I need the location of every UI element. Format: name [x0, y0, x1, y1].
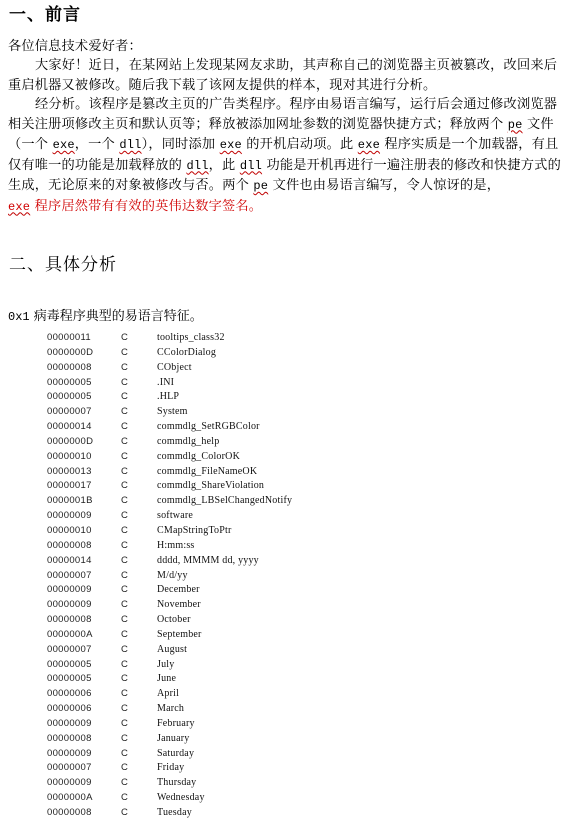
string-offset: 00000009	[47, 598, 121, 613]
string-offset: 00000008	[47, 613, 121, 628]
paragraph-intro-text: 大家好！近日，在某网站上发现某网友求助，其声称自己的浏览器主页被篡改，改回来后重…	[8, 58, 557, 93]
string-value: commdlg_ColorOK	[157, 450, 240, 465]
string-offset: 00000009	[47, 717, 121, 732]
string-type: C	[121, 643, 157, 658]
string-offset: 00000010	[47, 524, 121, 539]
string-type: C	[121, 628, 157, 643]
spellcheck-term-exe: exe	[220, 138, 242, 152]
string-value: dddd, MMMM dd, yyyy	[157, 554, 259, 569]
text-run: 的开机启动项。此	[242, 137, 358, 152]
subheading-0x1: 0x1 病毒程序典型的易语言特征。	[8, 308, 203, 326]
table-row: 00000007CM/d/yy	[47, 569, 292, 584]
string-type: C	[121, 524, 157, 539]
string-value: Wednesday	[157, 791, 205, 806]
string-value: July	[157, 658, 174, 673]
table-row: 00000005CJune	[47, 672, 292, 687]
string-type: C	[121, 687, 157, 702]
string-value: April	[157, 687, 179, 702]
string-type: C	[121, 554, 157, 569]
table-row: 00000009CSaturday	[47, 747, 292, 762]
string-offset: 00000005	[47, 658, 121, 673]
string-offset: 00000010	[47, 450, 121, 465]
string-offset: 00000008	[47, 361, 121, 376]
table-row: 00000017Ccommdlg_ShareViolation	[47, 479, 292, 494]
string-value: software	[157, 509, 193, 524]
string-type: C	[121, 583, 157, 598]
spellcheck-term-dll: dll	[186, 159, 208, 173]
string-offset: 00000005	[47, 672, 121, 687]
paragraph-intro: 大家好！近日，在某网站上发现某网友求助，其声称自己的浏览器主页被篡改，改回来后重…	[8, 56, 566, 95]
string-type: C	[121, 539, 157, 554]
string-type: C	[121, 450, 157, 465]
string-offset: 0000001B	[47, 494, 121, 509]
table-row: 00000007CFriday	[47, 761, 292, 776]
string-offset: 0000000A	[47, 628, 121, 643]
string-value: January	[157, 732, 190, 747]
string-value: December	[157, 583, 200, 598]
string-type: C	[121, 747, 157, 762]
text-run: ），同时添加	[142, 137, 220, 152]
string-value: .HLP	[157, 390, 179, 405]
string-type: C	[121, 791, 157, 806]
text-run: 文件也由易语言编写，令人惊讶的是，	[268, 178, 500, 193]
string-type: C	[121, 346, 157, 361]
string-type: C	[121, 435, 157, 450]
table-row: 00000008COctober	[47, 613, 292, 628]
string-offset: 00000017	[47, 479, 121, 494]
string-offset: 00000011	[47, 331, 121, 346]
table-row: 00000014Cdddd, MMMM dd, yyyy	[47, 554, 292, 569]
string-offset: 0000000A	[47, 791, 121, 806]
string-type: C	[121, 420, 157, 435]
table-row: 00000007CAugust	[47, 643, 292, 658]
highlight-term-exe: exe	[8, 200, 30, 214]
string-value: September	[157, 628, 202, 643]
spellcheck-term-pe: pe	[508, 118, 523, 132]
string-value: Friday	[157, 761, 184, 776]
subheading-text: 病毒程序典型的易语言特征。	[30, 309, 203, 324]
string-type: C	[121, 509, 157, 524]
table-row: 00000014Ccommdlg_SetRGBColor	[47, 420, 292, 435]
highlight-signature-note: 程序居然带有有效的英伟达数字签名。	[30, 199, 262, 214]
table-row: 00000009CFebruary	[47, 717, 292, 732]
table-row: 00000010Ccommdlg_ColorOK	[47, 450, 292, 465]
string-offset: 00000007	[47, 761, 121, 776]
string-value: Saturday	[157, 747, 194, 762]
string-type: C	[121, 569, 157, 584]
table-row: 0000001BCcommdlg_LBSelChangedNotify	[47, 494, 292, 509]
string-offset: 00000009	[47, 776, 121, 791]
table-row: 00000011Ctooltips_class32	[47, 331, 292, 346]
text-run: 经分析。该程序是篡改主页的广告类程序。程序由易语言编写，运行后会通过修改浏览器相…	[8, 97, 557, 132]
string-type: C	[121, 776, 157, 791]
string-value: System	[157, 405, 188, 420]
spellcheck-term-exe: exe	[53, 138, 75, 152]
table-row: 00000006CMarch	[47, 702, 292, 717]
string-type: C	[121, 331, 157, 346]
table-row: 00000006CApril	[47, 687, 292, 702]
section-heading-preface: 一、前言	[9, 4, 81, 26]
table-row: 00000009CThursday	[47, 776, 292, 791]
string-value: .INI	[157, 376, 174, 391]
string-value: CObject	[157, 361, 192, 376]
string-offset: 00000007	[47, 569, 121, 584]
paragraph-analysis: 经分析。该程序是篡改主页的广告类程序。程序由易语言编写，运行后会通过修改浏览器相…	[8, 95, 566, 217]
string-type: C	[121, 479, 157, 494]
text-run: ，此	[209, 158, 240, 173]
string-value: November	[157, 598, 201, 613]
string-value: commdlg_ShareViolation	[157, 479, 264, 494]
string-value: Thursday	[157, 776, 196, 791]
string-type: C	[121, 717, 157, 732]
string-offset: 00000005	[47, 376, 121, 391]
spellcheck-term-exe: exe	[358, 138, 380, 152]
text-run: ，一个	[75, 137, 120, 152]
string-offset: 0000000D	[47, 346, 121, 361]
table-row: 00000008CCObject	[47, 361, 292, 376]
string-offset: 00000006	[47, 702, 121, 717]
table-row: 00000005C.INI	[47, 376, 292, 391]
table-row: 00000005C.HLP	[47, 390, 292, 405]
string-offset: 0000000D	[47, 435, 121, 450]
string-type: C	[121, 465, 157, 480]
section-heading-analysis: 二、具体分析	[9, 254, 117, 276]
table-row: 00000009Csoftware	[47, 509, 292, 524]
table-row: 0000000DCCColorDialog	[47, 346, 292, 361]
table-row: 00000005CJuly	[47, 658, 292, 673]
table-row: 00000008CH:mm:ss	[47, 539, 292, 554]
table-row: 0000000ACSeptember	[47, 628, 292, 643]
string-offset: 00000009	[47, 509, 121, 524]
string-type: C	[121, 732, 157, 747]
string-type: C	[121, 494, 157, 509]
table-row: 00000007CSystem	[47, 405, 292, 420]
string-value: August	[157, 643, 187, 658]
table-row: 00000010CCMapStringToPtr	[47, 524, 292, 539]
string-value: CMapStringToPtr	[157, 524, 232, 539]
string-offset: 00000014	[47, 554, 121, 569]
string-offset: 00000014	[47, 420, 121, 435]
string-value: tooltips_class32	[157, 331, 225, 346]
string-type: C	[121, 702, 157, 717]
string-type: C	[121, 613, 157, 628]
string-offset: 00000007	[47, 405, 121, 420]
string-offset: 00000005	[47, 390, 121, 405]
string-value: February	[157, 717, 195, 732]
string-value: commdlg_LBSelChangedNotify	[157, 494, 292, 509]
greeting-line: 各位信息技术爱好者：	[8, 37, 566, 57]
strings-table: 00000011Ctooltips_class320000000DCCColor…	[47, 331, 292, 821]
string-type: C	[121, 361, 157, 376]
string-offset: 00000008	[47, 806, 121, 821]
string-type: C	[121, 806, 157, 821]
string-value: commdlg_SetRGBColor	[157, 420, 260, 435]
string-type: C	[121, 672, 157, 687]
string-value: commdlg_FileNameOK	[157, 465, 257, 480]
string-type: C	[121, 761, 157, 776]
string-value: June	[157, 672, 176, 687]
table-row: 00000009CDecember	[47, 583, 292, 598]
string-offset: 00000009	[47, 747, 121, 762]
string-offset: 00000008	[47, 539, 121, 554]
string-type: C	[121, 598, 157, 613]
table-row: 00000013Ccommdlg_FileNameOK	[47, 465, 292, 480]
string-offset: 00000008	[47, 732, 121, 747]
string-value: March	[157, 702, 184, 717]
string-offset: 00000007	[47, 643, 121, 658]
table-row: 0000000DCcommdlg_help	[47, 435, 292, 450]
table-row: 00000009CNovember	[47, 598, 292, 613]
string-value: commdlg_help	[157, 435, 219, 450]
string-value: October	[157, 613, 191, 628]
string-type: C	[121, 390, 157, 405]
spellcheck-term-pe: pe	[253, 179, 268, 193]
string-value: H:mm:ss	[157, 539, 195, 554]
spellcheck-term-dll: dll	[240, 159, 262, 173]
string-type: C	[121, 405, 157, 420]
table-row: 00000008CJanuary	[47, 732, 292, 747]
table-row: 0000000ACWednesday	[47, 791, 292, 806]
string-type: C	[121, 376, 157, 391]
subheading-code: 0x1	[8, 310, 30, 324]
string-value: Tuesday	[157, 806, 192, 821]
spellcheck-term-dll: dll	[119, 138, 141, 152]
string-offset: 00000013	[47, 465, 121, 480]
string-offset: 00000009	[47, 583, 121, 598]
table-row: 00000008CTuesday	[47, 806, 292, 821]
string-value: M/d/yy	[157, 569, 188, 584]
string-value: CColorDialog	[157, 346, 216, 361]
string-type: C	[121, 658, 157, 673]
string-offset: 00000006	[47, 687, 121, 702]
